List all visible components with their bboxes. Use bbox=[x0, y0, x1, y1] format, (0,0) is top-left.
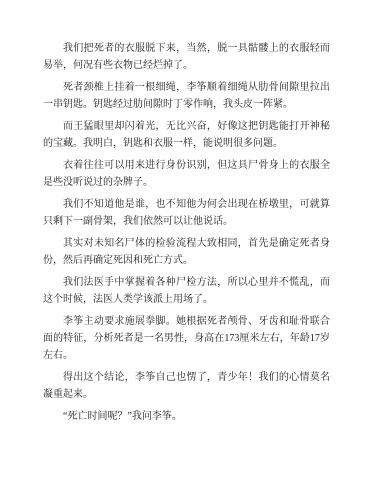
paragraph: 得出这个结论，李筝自己也愣了，青少年！我们的心情莫名凝重起来。 bbox=[43, 369, 330, 403]
paragraph: 衣着往往可以用来进行身份识别，但这具尸骨身上的衣服全是些没听说过的杂牌子。 bbox=[43, 157, 330, 191]
paragraph: 死者颈椎上挂着一根细绳，李筝顺着细绳从肋骨间隙里拉出一串钥匙。钥匙经过肋间隙时丁… bbox=[43, 79, 330, 113]
paragraph: 我们不知道他是谁，也不知他为何会出现在桥墩里，可就算只剩下一副骨架，我们依然可以… bbox=[43, 196, 330, 230]
book-page: 我们把死者的衣服脱下来，当然，脱一具骷髅上的衣服轻而易举，何况有些衣物已经烂掉了… bbox=[0, 0, 370, 480]
paragraph: 我们把死者的衣服脱下来，当然，脱一具骷髅上的衣服轻而易举，何况有些衣物已经烂掉了… bbox=[43, 40, 330, 74]
paragraph: 我们法医手中掌握着各种尸检方法，所以心里并不慌乱，而这个时候，法医人类学该派上用… bbox=[43, 274, 330, 308]
paragraph: 其实对未知名尸体的检验流程大致相同，首先是确定死者身份，然后再确定死因和死亡方式… bbox=[43, 235, 330, 269]
paragraph: “死亡时间呢？”我问李筝。 bbox=[43, 408, 330, 425]
paragraph: 而王猛眼里却闪着光，无比兴奋，好像这把钥匙能打开神秘的宝藏。我明白，钥匙和衣服一… bbox=[43, 118, 330, 152]
reading-text-block: 我们把死者的衣服脱下来，当然，脱一具骷髅上的衣服轻而易举，何况有些衣物已经烂掉了… bbox=[43, 40, 330, 425]
paragraph: 李筝主动要求施展拳脚。她根据死者颅骨、牙齿和耻骨联合面的特征，分析死者是一名男性… bbox=[43, 313, 330, 364]
